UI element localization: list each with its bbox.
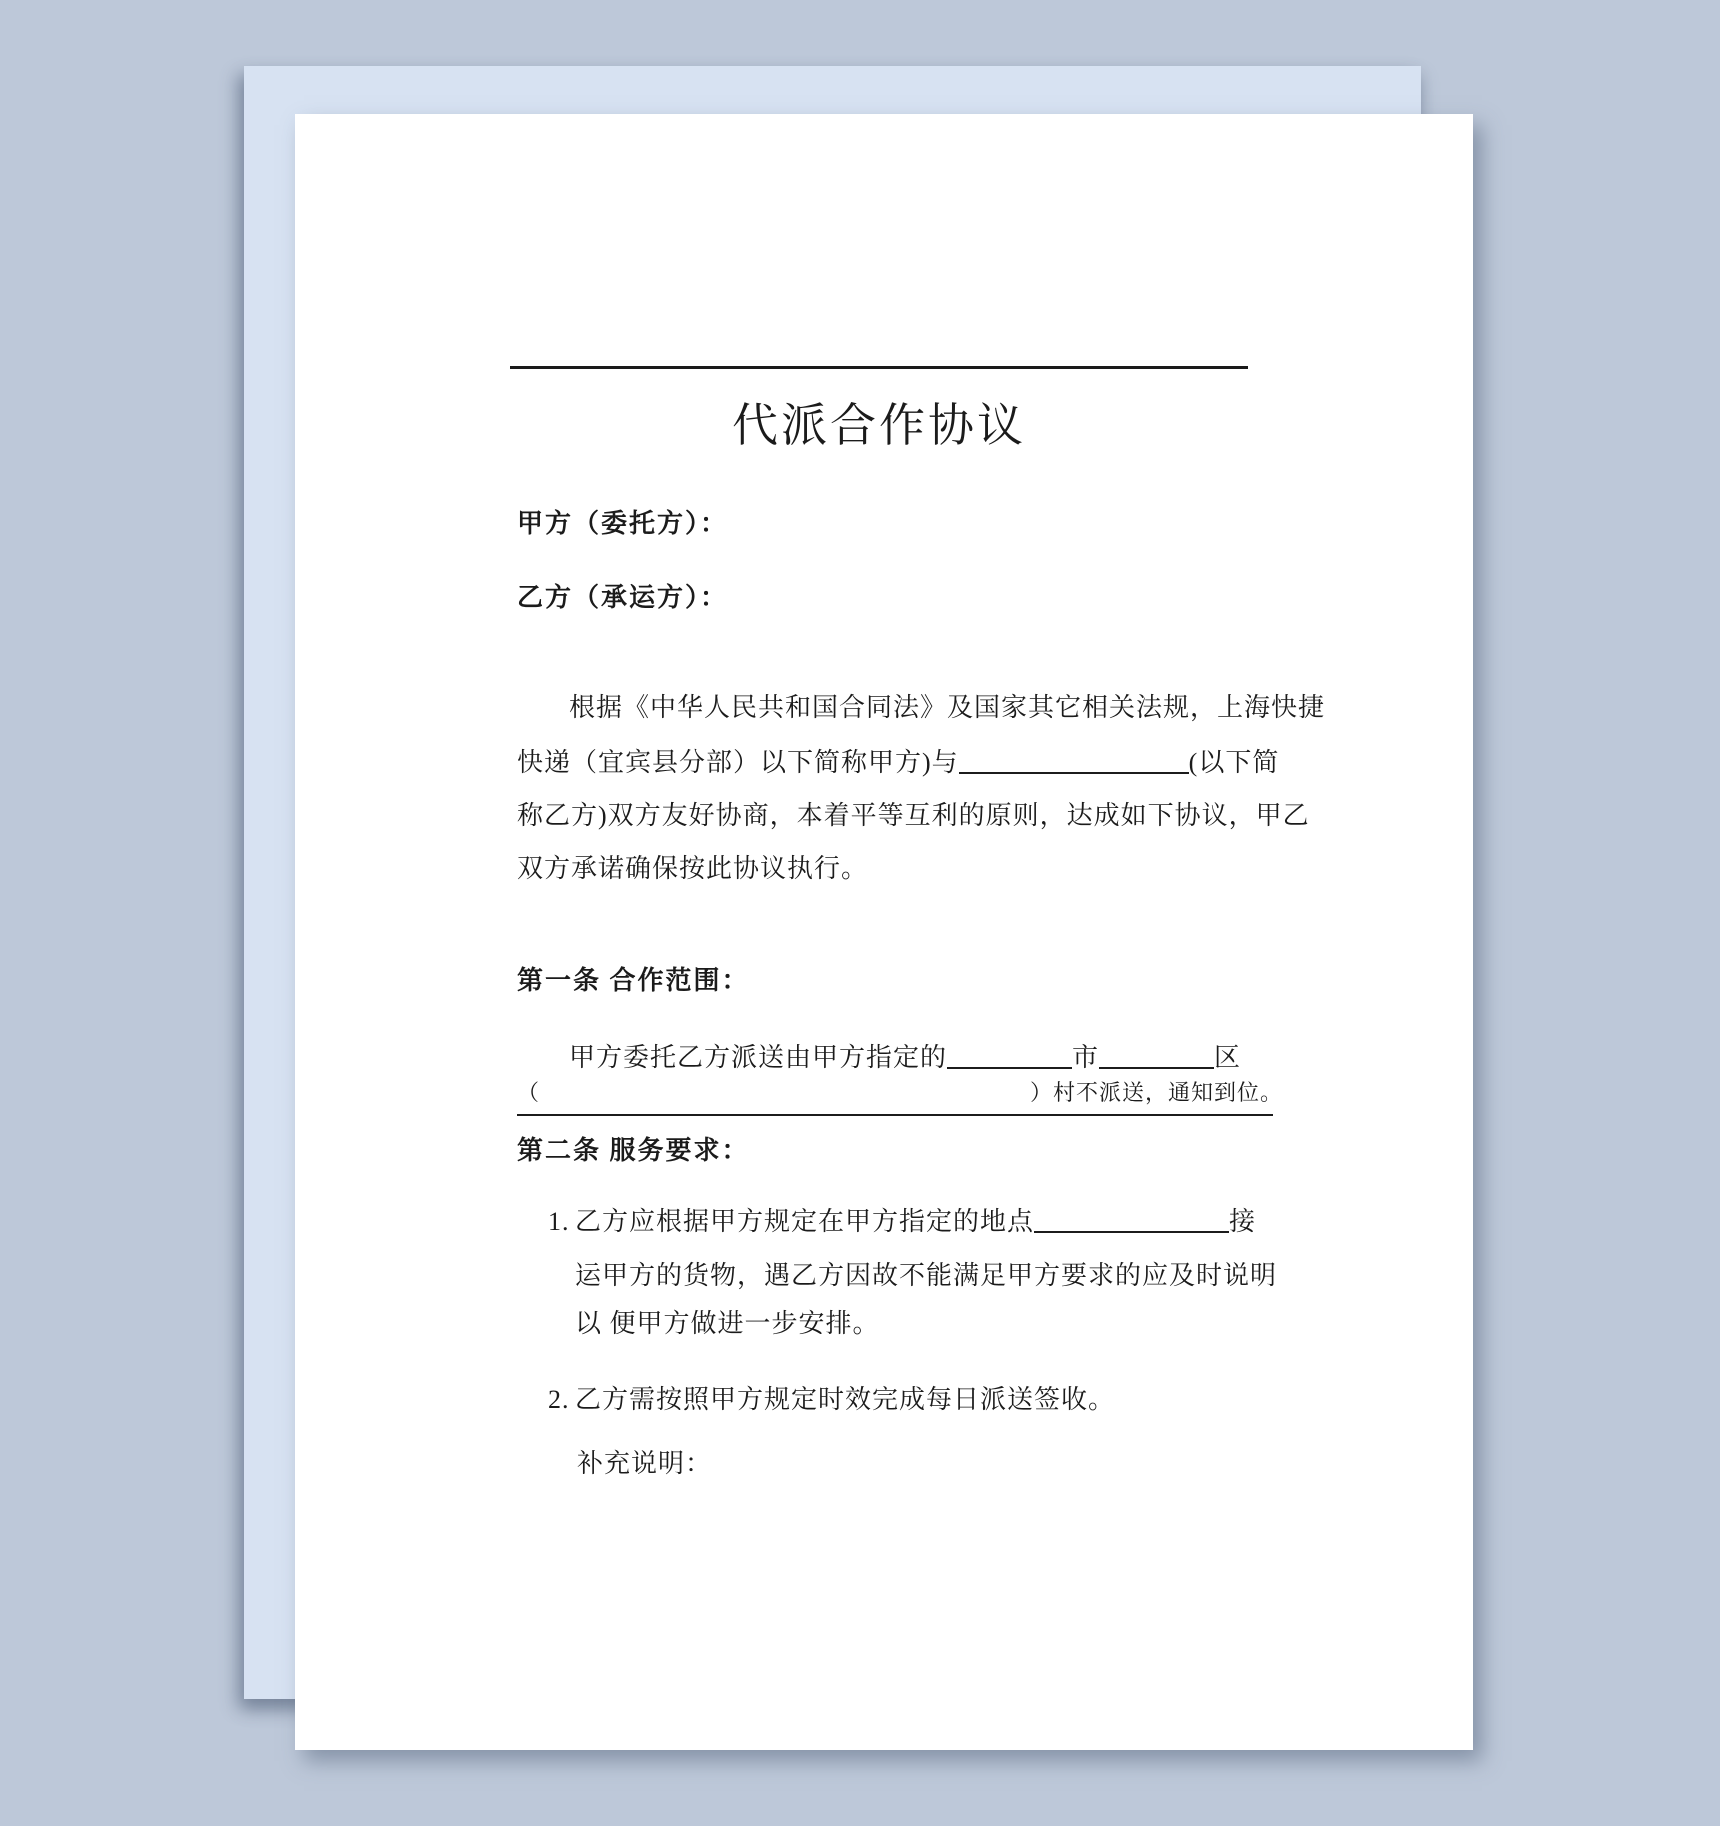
blank-line-party-b-name	[959, 746, 1189, 774]
intro-line-1: 根据《中华人民共和国合同法》及国家其它相关法规，上海快捷	[569, 690, 1325, 726]
item-1-text: 乙方应根据甲方规定在甲方指定的地点	[575, 1207, 1034, 1236]
article-1-city-label: 市	[1072, 1043, 1099, 1072]
blank-line-villages	[540, 1078, 1030, 1100]
blank-line-district	[1099, 1041, 1214, 1069]
article-2-item-1-line-1: 1.乙方应根据甲方规定在甲方指定的地点接	[548, 1202, 1256, 1240]
article-2-heading: 第二条 服务要求：	[517, 1133, 750, 1169]
item-1-tail: 接	[1229, 1207, 1256, 1236]
article-1-line-2: （）村不派送，通知到位。	[517, 1076, 1273, 1116]
blank-line-pickup-location	[1034, 1205, 1229, 1233]
intro-line-3: 称乙方)双方友好协商，本着平等互利的原则，达成如下协议，甲乙	[517, 798, 1310, 834]
party-b-label: 乙方（承运方）：	[517, 580, 728, 616]
supplementary-note-label: 补充说明：	[577, 1446, 712, 1482]
article-1-heading: 第一条 合作范围：	[517, 963, 750, 999]
intro-line-2: 快递（宜宾县分部）以下简称甲方)与(以下简	[517, 743, 1279, 781]
title-rule	[510, 366, 1248, 369]
article-1-district-label: 区	[1214, 1043, 1241, 1072]
document-title: 代派合作协议	[510, 396, 1248, 456]
article-1-no-delivery-note: ）村不派送，通知到位。	[1030, 1080, 1283, 1105]
intro-line-2-text: 快递（宜宾县分部）以下简称甲方)与	[517, 748, 959, 777]
intro-line-4: 双方承诺确保按此协议执行。	[517, 851, 868, 887]
article-1-line-1: 甲方委托乙方派送由甲方指定的市区	[569, 1038, 1241, 1076]
blank-line-city	[947, 1041, 1072, 1069]
intro-line-2-tail: (以下简	[1189, 748, 1280, 777]
article-1-open-paren: （	[517, 1080, 540, 1105]
article-1-line-1-text: 甲方委托乙方派送由甲方指定的	[569, 1043, 947, 1072]
item-1-number: 1.	[548, 1204, 575, 1240]
article-2-item-1-line-2: 运甲方的货物，遇乙方因故不能满足甲方要求的应及时说明	[575, 1258, 1277, 1294]
document-preview-background: 代派合作协议 甲方（委托方）： 乙方（承运方）： 根据《中华人民共和国合同法》及…	[0, 0, 1720, 1826]
party-a-label: 甲方（委托方）：	[517, 506, 728, 542]
article-2-item-1-line-3: 以 便甲方做进一步安排。	[575, 1306, 880, 1342]
contract-page: 代派合作协议 甲方（委托方）： 乙方（承运方）： 根据《中华人民共和国合同法》及…	[295, 114, 1473, 1750]
article-2-item-2: 2.乙方需按照甲方规定时效完成每日派送签收。	[548, 1382, 1115, 1418]
item-2-text: 乙方需按照甲方规定时效完成每日派送签收。	[575, 1385, 1115, 1414]
item-2-number: 2.	[548, 1382, 575, 1418]
